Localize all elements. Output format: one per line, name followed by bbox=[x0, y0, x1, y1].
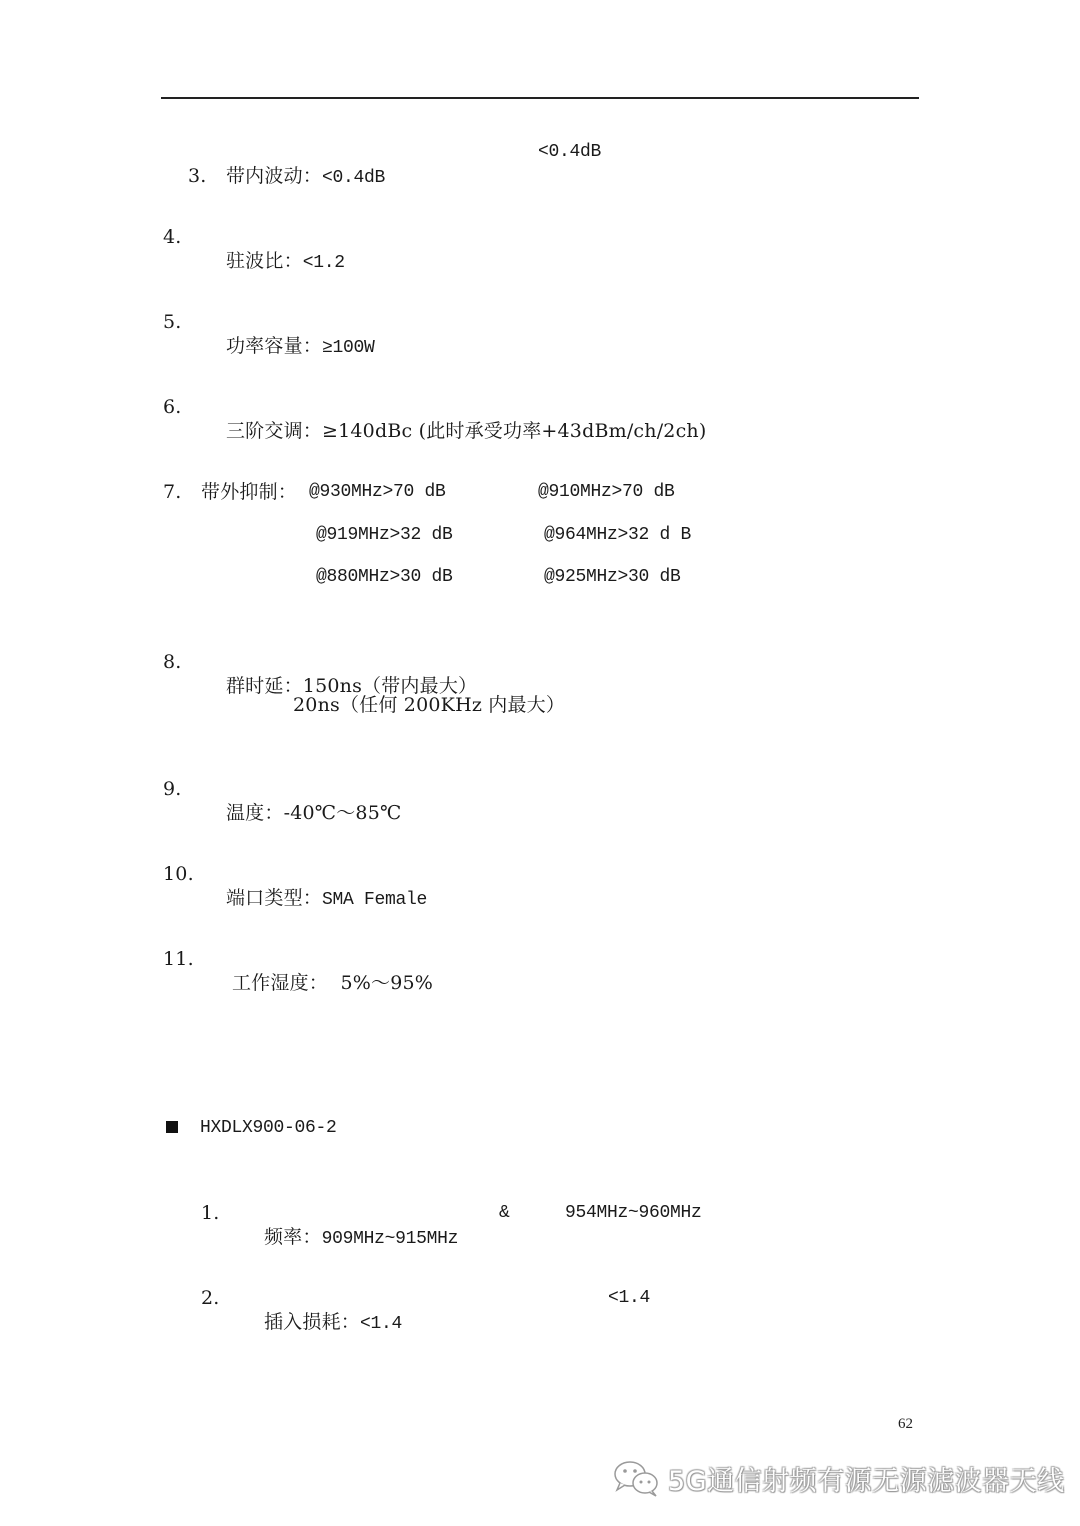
item-number: 2. bbox=[201, 1286, 220, 1310]
spec-item-rejection-label: 带外抑制： bbox=[201, 480, 297, 504]
item-number: 7. bbox=[163, 480, 182, 504]
spec-label: 端口类型： bbox=[226, 887, 322, 909]
rejection-row-3-col-1: @880MHz>30 dB bbox=[316, 565, 453, 589]
spec-label: 插入损耗： bbox=[264, 1311, 360, 1333]
spec-insertion-loss-value-2: <1.4 bbox=[608, 1286, 650, 1310]
spec-label: 温度： bbox=[226, 802, 284, 824]
item-number: 9. bbox=[163, 777, 182, 801]
spec-label: 驻波比： bbox=[226, 250, 303, 272]
spec-value: 5%～95% bbox=[340, 972, 433, 994]
rejection-row-1-col-2: @910MHz>70 dB bbox=[538, 480, 675, 504]
spec-item-temperature: 温度：-40℃～85℃ bbox=[201, 777, 401, 849]
spec-value: 909MHz~915MHz bbox=[322, 1229, 459, 1249]
spec-value: ≥140dBc (此时承受功率+43dBm/ch/2ch) bbox=[322, 420, 707, 442]
item-number: 10. bbox=[163, 862, 194, 886]
spec-label: 功率容量： bbox=[226, 335, 322, 357]
spec-item-port-type: 端口类型：SMA Female bbox=[201, 862, 427, 936]
frequency-separator: & bbox=[499, 1201, 510, 1225]
rejection-row-2-col-2: @964MHz>32 d B bbox=[544, 523, 691, 547]
spec-item-ripple: 3. bbox=[163, 140, 207, 212]
spec-value: <0.4dB bbox=[322, 168, 385, 188]
spec-ripple-label: 带内波动：<0.4dB bbox=[201, 140, 385, 214]
item-number: 8. bbox=[163, 650, 182, 674]
spec-label: 三阶交调： bbox=[226, 420, 322, 442]
spec-item-frequency: 频率：909MHz~915MHz bbox=[239, 1201, 458, 1275]
product-title: HXDLX900-06-2 bbox=[200, 1116, 337, 1140]
bullet-square-icon bbox=[166, 1121, 178, 1133]
spec-item-power: 功率容量：≥100W bbox=[201, 310, 375, 384]
spec-value: <1.4 bbox=[360, 1314, 402, 1334]
spec-item-insertion-loss: 插入损耗：<1.4 bbox=[239, 1286, 402, 1360]
spec-ripple-value-2: <0.4dB bbox=[538, 140, 601, 164]
spec-value: SMA Female bbox=[322, 890, 427, 910]
spec-value: ≥100W bbox=[322, 338, 375, 358]
spec-value: -40℃～85℃ bbox=[284, 802, 402, 824]
watermark: 5G通信射频有源无源滤波器天线 bbox=[612, 1458, 1065, 1498]
item-number: 5. bbox=[163, 310, 182, 334]
spec-value: <1.2 bbox=[303, 253, 345, 273]
item-number: 6. bbox=[163, 395, 182, 419]
spec-frequency-value-2: 954MHz~960MHz bbox=[565, 1201, 702, 1225]
rejection-row-1-col-1: @930MHz>70 dB bbox=[309, 480, 446, 504]
spec-label: 频率： bbox=[264, 1226, 322, 1248]
item-number: 1. bbox=[201, 1201, 220, 1225]
wechat-icon bbox=[612, 1458, 662, 1498]
spec-label: 带内波动： bbox=[226, 165, 322, 187]
item-number: 4. bbox=[163, 225, 182, 249]
rejection-row-3-col-2: @925MHz>30 dB bbox=[544, 565, 681, 589]
rejection-row-2-col-1: @919MHz>32 dB bbox=[316, 523, 453, 547]
spec-group-delay-value-2: 20ns（任何 200KHz 内最大） bbox=[293, 693, 565, 717]
header-rule bbox=[161, 97, 919, 99]
watermark-text: 5G通信射频有源无源滤波器天线 bbox=[668, 1459, 1065, 1498]
spec-label: 工作湿度： bbox=[232, 972, 328, 994]
page-number: 62 bbox=[898, 1416, 913, 1433]
spec-item-vswr: 驻波比：<1.2 bbox=[201, 225, 345, 299]
spec-item-humidity: 工作湿度： 5%～95% bbox=[207, 947, 433, 1019]
spec-label: 群时延： bbox=[226, 675, 303, 697]
document-page: 3. 带内波动：<0.4dB <0.4dB 4. 驻波比：<1.2 5. 功率容… bbox=[0, 0, 1080, 1526]
item-number: 11. bbox=[163, 947, 194, 971]
spec-item-pim: 三阶交调：≥140dBc (此时承受功率+43dBm/ch/2ch) bbox=[201, 395, 707, 467]
